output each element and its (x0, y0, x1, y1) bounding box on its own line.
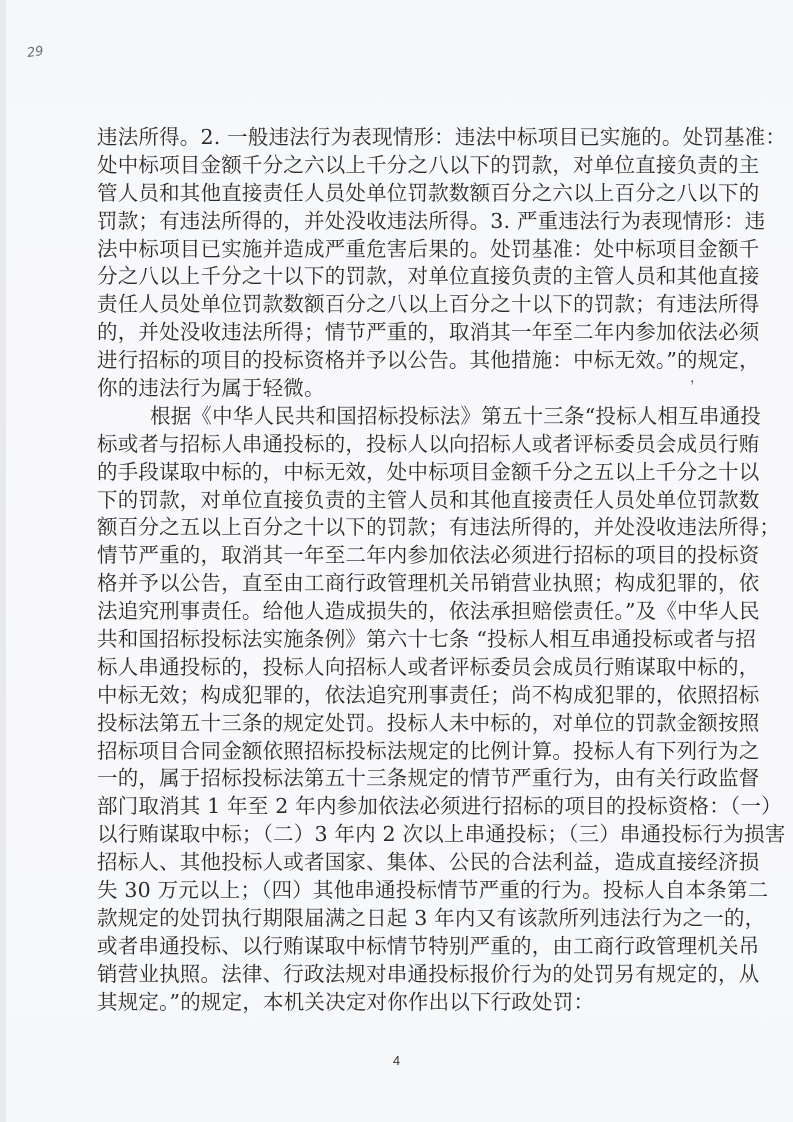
document-page: 29 违法所得。2. 一般违法行为表现情形：违法中标项目已实施的。处罚基准： 处… (0, 0, 793, 1122)
text-line: 罚款；有违法所得的，并处没收违法所得。3. 严重违法行为表现情形：违 (97, 208, 687, 236)
text-line: 法中标项目已实施并造成严重危害后果的。处罚基准：处中标项目金额千 (97, 236, 687, 264)
text-line: 责任人员处单位罚款数额百分之八以上百分之十以下的罚款；有违法所得 (97, 291, 687, 319)
text-line: 额百分之五以上百分之十以下的罚款；有违法所得的，并处没收违法所得； (97, 514, 687, 542)
text-line: 一的，属于招标投标法第五十三条规定的情节严重行为，由有关行政监督 (97, 765, 687, 793)
text-line: 标或者与招标人串通投标的，投标人以向招标人或者评标委员会成员行贿 (97, 431, 687, 459)
text-line: 违法所得。2. 一般违法行为表现情形：违法中标项目已实施的。处罚基准： (97, 124, 687, 152)
text-line: 款规定的处罚执行期限届满之日起 3 年内又有该款所列违法行为之一的， (97, 905, 687, 933)
text-line: 你的违法行为属于轻微。 (97, 375, 687, 403)
text-line: 标人串通投标的，投标人向招标人或者评标委员会成员行贿谋取中标的， (97, 654, 687, 682)
text-line: 管人员和其他直接责任人员处单位罚款数额百分之六以上百分之八以下的 (97, 180, 687, 208)
text-line: 失 30 万元以上；（四）其他串通投标情节严重的行为。投标人自本条第二 (97, 877, 687, 905)
text-line: 分之八以上千分之十以下的罚款，对单位直接负责的主管人员和其他直接 (97, 263, 687, 291)
text-line: 部门取消其 1 年至 2 年内参加依法必须进行招标的项目的投标资格：（一） (97, 793, 687, 821)
text-line: 根据《中华人民共和国招标投标法》第五十三条“投标人相互串通投 (97, 403, 687, 431)
document-body: 违法所得。2. 一般违法行为表现情形：违法中标项目已实施的。处罚基准： 处中标项… (97, 124, 687, 1017)
page-number: 4 (0, 1053, 793, 1068)
text-line: 法追究刑事责任。给他人造成损失的，依法承担赔偿责任。”及《中华人民 (97, 598, 687, 626)
text-line: 的，并处没收违法所得；情节严重的，取消其一年至二年内参加依法必须 (97, 319, 687, 347)
text-line: 格并予以公告，直至由工商行政管理机关吊销营业执照；构成犯罪的，依 (97, 570, 687, 598)
text-line: 情节严重的，取消其一年至二年内参加依法必须进行招标的项目的投标资 (97, 542, 687, 570)
paragraph-2: 根据《中华人民共和国招标投标法》第五十三条“投标人相互串通投 标或者与招标人串通… (97, 403, 687, 1017)
text-line: 处中标项目金额千分之六以上千分之八以下的罚款，对单位直接负责的主 (97, 152, 687, 180)
paragraph-1: 违法所得。2. 一般违法行为表现情形：违法中标项目已实施的。处罚基准： 处中标项… (97, 124, 687, 403)
text-line: 或者串通投标、以行贿谋取中标情节特别严重的，由工商行政管理机关吊 (97, 933, 687, 961)
handwritten-page-mark: 29 (26, 44, 44, 61)
text-line: 投标法第五十三条的规定处罚。投标人未中标的，对单位的罚款金额按照 (97, 710, 687, 738)
text-line: 销营业执照。法律、行政法规对串通投标报价行为的处罚另有规定的，从 (97, 961, 687, 989)
text-line: 进行招标的项目的投标资格并予以公告。其他措施：中标无效。”的规定， (97, 347, 687, 375)
text-line: 招标人、其他投标人或者国家、集体、公民的合法利益，造成直接经济损 (97, 849, 687, 877)
text-line: 其规定。”的规定，本机关决定对你作出以下行政处罚： (97, 989, 687, 1017)
text-line: 中标无效；构成犯罪的，依法追究刑事责任；尚不构成犯罪的，依照招标 (97, 682, 687, 710)
text-line: 招标项目合同金额依照招标投标法规定的比例计算。投标人有下列行为之 (97, 738, 687, 766)
stray-scan-mark: ， (690, 367, 704, 387)
text-line: 下的罚款，对单位直接负责的主管人员和其他直接责任人员处单位罚款数 (97, 487, 687, 515)
text-line: 的手段谋取中标的，中标无效，处中标项目金额千分之五以上千分之十以 (97, 459, 687, 487)
text-line: 以行贿谋取中标；（二）3 年内 2 次以上串通投标；（三）串通投标行为损害 (97, 821, 687, 849)
scan-edge (0, 0, 6, 1122)
text-line: 共和国招标投标法实施条例》第六十七条 “投标人相互串通投标或者与招 (97, 626, 687, 654)
